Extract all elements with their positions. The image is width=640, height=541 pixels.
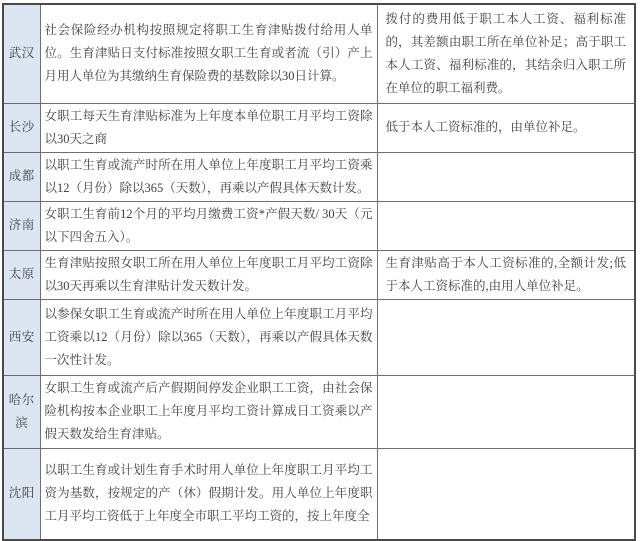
policy-cell: 社会保险经办机构按照规定将职工生育津贴拨付给用人单位。生育津贴日支付标准按照女职… xyxy=(40,4,377,103)
city-cell: 济南 xyxy=(3,201,40,250)
policy-cell: 女职工生育前12个月的平均月缴费工资*产假天数/ 30天（元以下四舍五入）。 xyxy=(40,201,377,250)
policy-cell: 女职工生育或流产后产假期间停发企业职工工资，由社会保险机构按本企业职工上年度月平… xyxy=(40,375,377,448)
city-cell: 成都 xyxy=(3,152,40,201)
city-cell: 长沙 xyxy=(3,103,40,152)
city-cell: 太原 xyxy=(3,250,40,299)
table-row: 济南 女职工生育前12个月的平均月缴费工资*产假天数/ 30天（元以下四舍五入）… xyxy=(3,201,635,250)
table-body: 武汉 社会保险经办机构按照规定将职工生育津贴拨付给用人单位。生育津贴日支付标准按… xyxy=(3,4,635,507)
note-cell xyxy=(377,201,635,250)
city-cell: 西安 xyxy=(3,299,40,375)
city-cell: 武汉 xyxy=(3,4,40,103)
note-cell xyxy=(377,152,635,201)
maternity-allowance-table: 武汉 社会保险经办机构按照规定将职工生育津贴拨付给用人单位。生育津贴日支付标准按… xyxy=(2,3,636,507)
document-page: 武汉 社会保险经办机构按照规定将职工生育津贴拨付给用人单位。生育津贴日支付标准按… xyxy=(2,3,636,507)
table-row: 太原 生育津贴按照女职工所在用人单位上年度职工月平均工资除以30天再乘以生育津贴… xyxy=(3,250,635,299)
policy-cell: 女职工每天生育津贴标准为上年度本单位职工月平均工资除以30天之商 xyxy=(40,103,377,152)
note-cell xyxy=(377,299,635,375)
note-cell xyxy=(377,375,635,448)
table-row: 长沙 女职工每天生育津贴标准为上年度本单位职工月平均工资除以30天之商 低于本人… xyxy=(3,103,635,152)
note-cell: 低于本人工资标准的，由单位补足。 xyxy=(377,103,635,152)
note-cell xyxy=(377,448,635,507)
note-cell: 拨付的费用低于职工本人工资、福利标准的，其差额由职工所在单位补足；高于职工本人工… xyxy=(377,4,635,103)
city-cell: 沈阳 xyxy=(3,448,40,507)
note-cell: 生育津贴高于本人工资标准的,全额计发;低于本人工资标准的,由用人单位补足。 xyxy=(377,250,635,299)
policy-cell: 以参保女职工生育或流产时所在用人单位上年度职工月平均工资乘以12（月份）除以36… xyxy=(40,299,377,375)
table-row: 哈尔滨 女职工生育或流产后产假期间停发企业职工工资，由社会保险机构按本企业职工上… xyxy=(3,375,635,448)
city-cell: 哈尔滨 xyxy=(3,375,40,448)
table-row: 西安 以参保女职工生育或流产时所在用人单位上年度职工月平均工资乘以12（月份）除… xyxy=(3,299,635,375)
table-row: 成都 以职工生育或流产时所在用人单位上年度职工月平均工资乘以12（月份）除以36… xyxy=(3,152,635,201)
table-row: 武汉 社会保险经办机构按照规定将职工生育津贴拨付给用人单位。生育津贴日支付标准按… xyxy=(3,4,635,103)
policy-cell: 生育津贴按照女职工所在用人单位上年度职工月平均工资除以30天再乘以生育津贴计发天… xyxy=(40,250,377,299)
policy-cell: 以职工生育或计划生育手术时用人单位上年度职工月平均工资为基数，按规定的产（休）假… xyxy=(40,448,377,507)
policy-cell: 以职工生育或流产时所在用人单位上年度职工月平均工资乘以12（月份）除以365（天… xyxy=(40,152,377,201)
table-row: 沈阳 以职工生育或计划生育手术时用人单位上年度职工月平均工资为基数，按规定的产（… xyxy=(3,448,635,507)
